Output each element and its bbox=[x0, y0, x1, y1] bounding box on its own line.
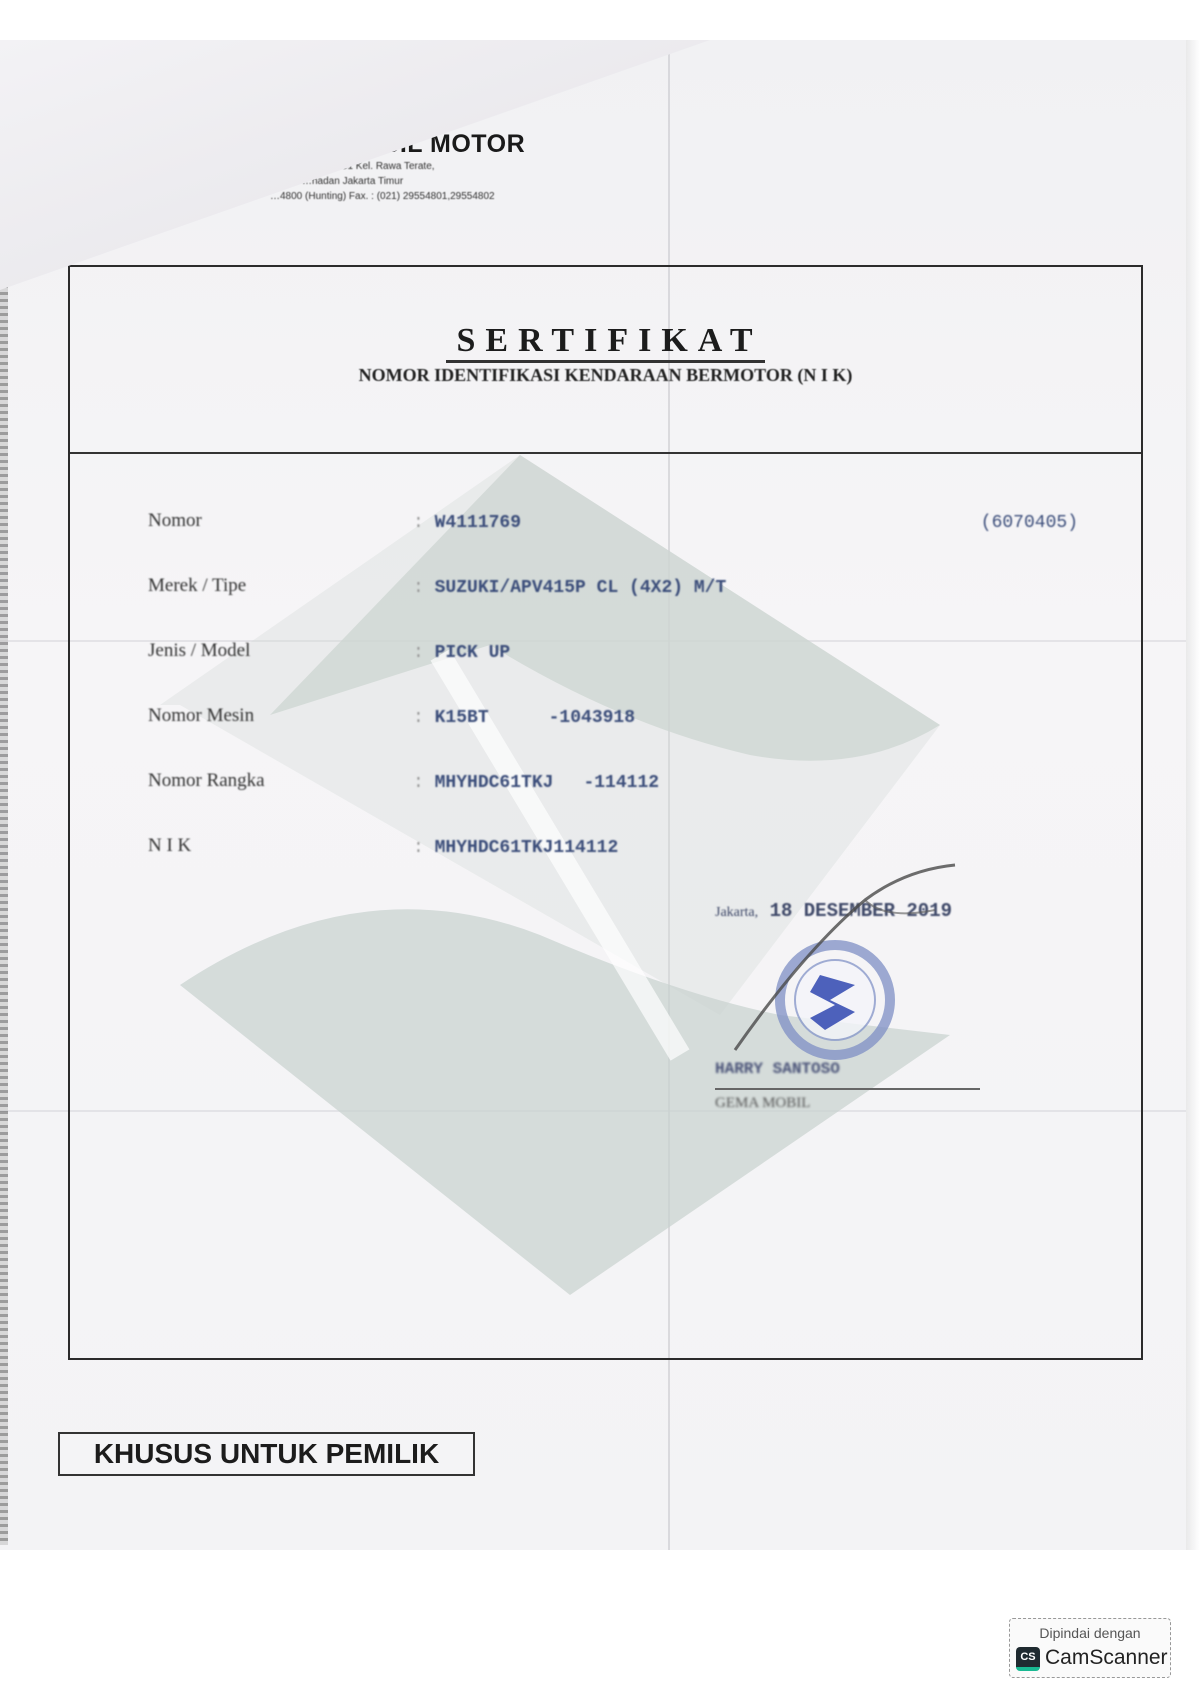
field-row-nomor: Nomor W4111769 (6070405) bbox=[148, 510, 1078, 575]
field-extra: (6070405) bbox=[981, 513, 1078, 533]
signature-stroke bbox=[715, 860, 1015, 1080]
field-row-merek-tipe: Merek / Tipe SUZUKI/APV415P CL (4X2) M/T bbox=[148, 575, 1078, 640]
field-label: Jenis / Model bbox=[148, 640, 250, 662]
field-value: MHYHDC61TKJ-114112 bbox=[413, 773, 659, 793]
field-row-jenis-model: Jenis / Model PICK UP bbox=[148, 640, 1078, 705]
certificate-header: SERTIFIKAT NOMOR IDENTIFIKASI KENDARAAN … bbox=[70, 267, 1141, 454]
camscanner-logo-icon: CS bbox=[1016, 1647, 1040, 1671]
field-value: K15BT-1043918 bbox=[413, 708, 635, 728]
certificate-fields: Nomor W4111769 (6070405) Merek / Tipe SU… bbox=[148, 510, 1078, 900]
field-label: Nomor bbox=[148, 510, 202, 532]
field-row-nomor-mesin: Nomor Mesin K15BT-1043918 bbox=[148, 705, 1078, 770]
signature-block: Jakarta, 18 DESEMBER 2019 HARRY SANTOSO … bbox=[715, 900, 1045, 922]
field-label: Nomor Rangka bbox=[148, 770, 265, 792]
camscanner-badge: Dipindai dengan CS CamScanner bbox=[1009, 1618, 1171, 1678]
field-value: W4111769 bbox=[413, 513, 521, 533]
signature-line bbox=[715, 1088, 980, 1090]
field-value: PICK UP bbox=[413, 643, 510, 663]
paper-edge bbox=[0, 285, 8, 1545]
camscanner-caption: Dipindai dengan bbox=[1010, 1625, 1170, 1641]
field-value: SUZUKI/APV415P CL (4X2) M/T bbox=[413, 578, 726, 598]
camscanner-brand: CamScanner bbox=[1045, 1646, 1168, 1670]
field-label: Nomor Mesin bbox=[148, 705, 254, 727]
certificate-subtitle: NOMOR IDENTIFIKASI KENDARAAN BERMOTOR (N… bbox=[70, 365, 1141, 386]
field-label: N I K bbox=[148, 835, 191, 857]
field-value: MHYHDC61TKJ114112 bbox=[413, 838, 618, 858]
signatory-role: GEMA MOBIL bbox=[715, 1095, 810, 1112]
field-label: Merek / Tipe bbox=[148, 575, 246, 597]
field-row-nomor-rangka: Nomor Rangka MHYHDC61TKJ-114112 bbox=[148, 770, 1078, 835]
certificate-title: SERTIFIKAT bbox=[70, 322, 1141, 360]
owner-only-label: KHUSUS UNTUK PEMILIK bbox=[58, 1432, 475, 1476]
paper-edge bbox=[1186, 40, 1200, 1550]
signatory-name: HARRY SANTOSO bbox=[715, 1060, 840, 1078]
